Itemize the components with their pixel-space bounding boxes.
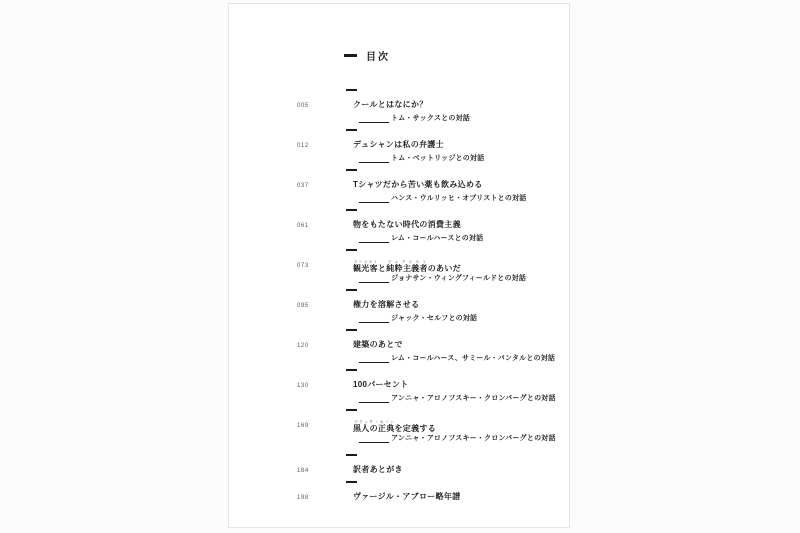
entry-subtitle-text: ハンス・ウルリッヒ・オブリストとの対話	[391, 195, 526, 203]
entry-title: 建築のあとで	[353, 340, 569, 350]
entry-page-number: 198	[297, 495, 309, 501]
entry-title: 物をもたない時代の消費主義	[353, 220, 569, 230]
subtitle-leader-rule	[359, 235, 389, 243]
entry-subtitle-text: トム・ベットリッジとの対話	[391, 155, 484, 163]
header-dash-rule	[344, 54, 357, 57]
entry-page-number: 130	[297, 383, 309, 389]
entry-title: クールとはなにか？	[353, 100, 569, 110]
entry-title: 観光客ツーリストと純粋主義者ピュアリストのあいだ	[353, 260, 569, 270]
entry-page-number: 184	[297, 468, 309, 474]
entry-title: デュシャンは私の弁護士	[353, 140, 569, 150]
entry-dash-rule	[346, 129, 357, 131]
toc-header: 目次	[344, 48, 390, 63]
entry-page-number: 037	[297, 183, 309, 189]
subtitle-leader-rule	[359, 315, 389, 323]
entry-page-number: 012	[297, 143, 309, 149]
entry-page-number: 061	[297, 223, 309, 229]
entry-subtitle-text: レム・コールハース、サミール・バンタルとの対話	[391, 355, 555, 363]
entry-subtitle: ジャック・セルフとの対話	[359, 315, 569, 323]
entry-page-number: 005	[297, 103, 309, 109]
toc-entry: 184訳者あとがき	[229, 454, 569, 475]
entry-title: Tシャツだから苦い薬も飲み込める	[353, 180, 569, 190]
entry-subtitle-text: ジャック・セルフとの対話	[391, 315, 477, 323]
photo-background: 目次 005クールとはなにか？トム・サックスとの対話012デュシャンは私の弁護士…	[0, 0, 800, 533]
entry-title: 黒人の正典ブラック・カノンを定義する	[353, 420, 569, 430]
entry-subtitle-text: アンニャ・アロノフスキー・クロンバーグとの対話	[391, 395, 556, 403]
subtitle-leader-rule	[359, 435, 389, 443]
toc-entry: 120建築のあとでレム・コールハース、サミール・バンタルとの対話	[229, 329, 569, 363]
entry-subtitle: ハンス・ウルリッヒ・オブリストとの対話	[359, 195, 569, 203]
toc-entry: 012デュシャンは私の弁護士トム・ベットリッジとの対話	[229, 129, 569, 163]
subtitle-leader-rule	[359, 275, 389, 283]
toc-entry: 061物をもたない時代の消費主義レム・コールハースとの対話	[229, 209, 569, 243]
entry-title: 100パーセント	[353, 380, 569, 390]
entry-subtitle-text: トム・サックスとの対話	[391, 115, 470, 123]
toc-entry: 198ヴァージル・アブロー略年譜	[229, 481, 569, 502]
toc-entry: 005クールとはなにか？トム・サックスとの対話	[229, 89, 569, 123]
entry-title: 権力を溶解させる	[353, 300, 569, 310]
toc-entry: 130100パーセントアンニャ・アロノフスキー・クロンバーグとの対話	[229, 369, 569, 403]
toc-entry: 037Tシャツだから苦い薬も飲み込めるハンス・ウルリッヒ・オブリストとの対話	[229, 169, 569, 203]
entry-page-number: 095	[297, 303, 309, 309]
entry-dash-rule	[346, 369, 357, 371]
entry-subtitle: トム・ベットリッジとの対話	[359, 155, 569, 163]
toc-page: 目次 005クールとはなにか？トム・サックスとの対話012デュシャンは私の弁護士…	[228, 3, 570, 528]
entry-dash-rule	[346, 289, 357, 291]
entry-subtitle: アンニャ・アロノフスキー・クロンバーグとの対話	[359, 435, 569, 443]
entry-title: 訳者あとがき	[353, 465, 569, 475]
entry-dash-rule	[346, 409, 357, 411]
subtitle-leader-rule	[359, 115, 389, 123]
toc-entry: 095権力を溶解させるジャック・セルフとの対話	[229, 289, 569, 323]
subtitle-leader-rule	[359, 355, 389, 363]
entry-subtitle-text: ジョナサン・ウィングフィールドとの対話	[391, 275, 526, 283]
entry-dash-rule	[346, 89, 357, 91]
toc-entry: 169黒人の正典ブラック・カノンを定義するアンニャ・アロノフスキー・クロンバーグ…	[229, 409, 569, 443]
entry-dash-rule	[346, 454, 357, 456]
toc-list: 005クールとはなにか？トム・サックスとの対話012デュシャンは私の弁護士トム・…	[229, 89, 569, 508]
subtitle-leader-rule	[359, 155, 389, 163]
entry-subtitle: アンニャ・アロノフスキー・クロンバーグとの対話	[359, 395, 569, 403]
toc-entry: 073観光客ツーリストと純粋主義者ピュアリストのあいだジョナサン・ウィングフィー…	[229, 249, 569, 283]
entry-subtitle: レム・コールハース、サミール・バンタルとの対話	[359, 355, 569, 363]
entry-subtitle-text: レム・コールハースとの対話	[391, 235, 483, 243]
entry-page-number: 073	[297, 263, 309, 269]
entry-page-number: 169	[297, 423, 309, 429]
entry-subtitle: トム・サックスとの対話	[359, 115, 569, 123]
entry-dash-rule	[346, 329, 357, 331]
entry-dash-rule	[346, 481, 357, 483]
subtitle-leader-rule	[359, 395, 389, 403]
entry-subtitle-text: アンニャ・アロノフスキー・クロンバーグとの対話	[391, 435, 556, 443]
entry-subtitle: レム・コールハースとの対話	[359, 235, 569, 243]
subtitle-leader-rule	[359, 195, 389, 203]
entry-subtitle: ジョナサン・ウィングフィールドとの対話	[359, 275, 569, 283]
entry-page-number: 120	[297, 343, 309, 349]
entry-dash-rule	[346, 209, 357, 211]
entry-dash-rule	[346, 249, 357, 251]
entry-dash-rule	[346, 169, 357, 171]
entry-title: ヴァージル・アブロー略年譜	[353, 492, 569, 502]
page-title: 目次	[366, 48, 390, 63]
